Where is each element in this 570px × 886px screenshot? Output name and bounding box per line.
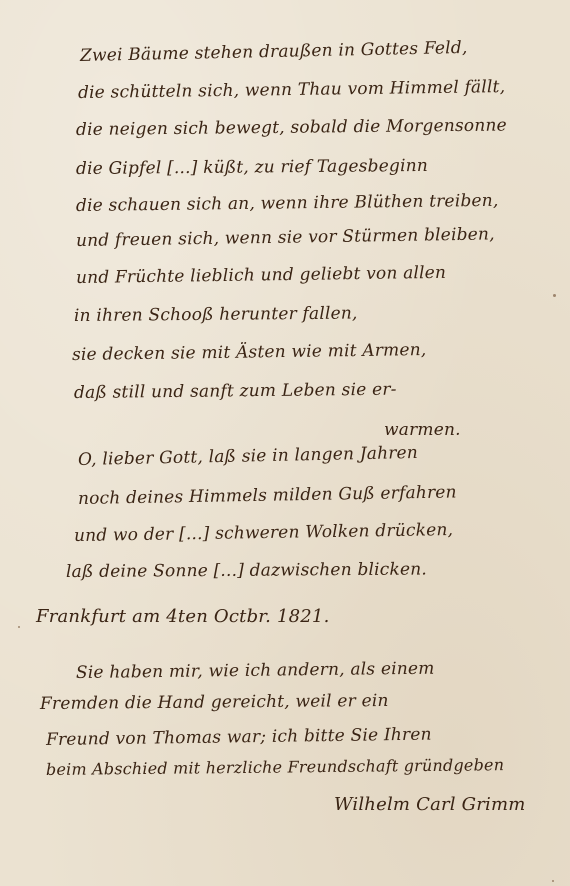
poem-line: O, lieber Gott, laß sie in langen Jahren (78, 443, 418, 470)
poem-line: und wo der [...] schweren Wolken drücken… (74, 520, 453, 546)
paper-speck (553, 294, 556, 297)
poem-line: Zwei Bäume stehen draußen in Gottes Feld… (80, 38, 468, 66)
poem-line: noch deines Himmels milden Guß erfahren (78, 482, 457, 509)
poem-line: die Gipfel [...] küßt, zu rief Tagesbegi… (76, 156, 428, 179)
poem-line: die schütteln sich, wenn Thau vom Himmel… (78, 77, 506, 103)
poem-line: und freuen sich, wenn sie vor Stürmen bl… (76, 224, 495, 251)
paper-speck (552, 880, 554, 882)
poem-line: laß deine Sonne [...] dazwischen blicken… (66, 559, 427, 582)
note-line: Fremden die Hand gereicht, weil er ein (40, 691, 389, 714)
dateline: Frankfurt am 4ten Octbr. 1821. (36, 606, 330, 627)
poem-line: die neigen sich bewegt, sobald die Morge… (76, 115, 507, 140)
manuscript-page: Zwei Bäume stehen draußen in Gottes Feld… (0, 0, 570, 886)
poem-line: und Früchte lieblich und geliebt von all… (76, 263, 446, 288)
poem-line: die schauen sich an, wenn ihre Blüthen t… (76, 191, 499, 216)
note-line: Sie haben mir, wie ich andern, als einem (76, 659, 435, 683)
poem-line: sie decken sie mit Ästen wie mit Armen, (72, 340, 427, 365)
poem-line: warmen. (384, 420, 461, 440)
signature: Wilhelm Carl Grimm (334, 794, 526, 815)
poem-line: daß still und sanft zum Leben sie er- (74, 380, 397, 403)
note-line: Freund von Thomas war; ich bitte Sie Ihr… (46, 725, 432, 750)
note-line: beim Abschied mit herzliche Freundschaft… (46, 755, 504, 779)
paper-speck (18, 626, 20, 628)
poem-line: in ihren Schooß herunter fallen, (74, 304, 358, 326)
